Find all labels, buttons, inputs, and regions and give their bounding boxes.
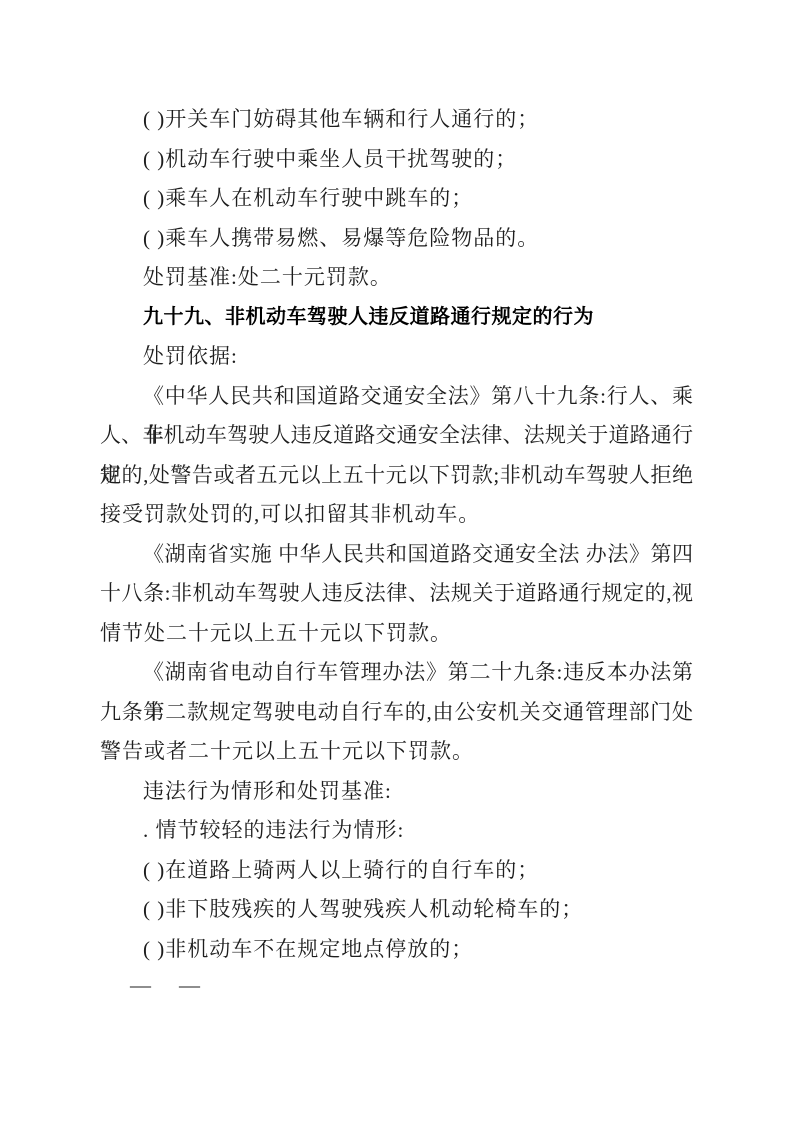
document-text-block: ( )开关车门妨碍其他车辆和行人通行的； ( )机动车行驶中乘坐人员干扰驾驶的；… (100, 100, 693, 969)
paragraph-line: 《湖南省实施 中华人民共和国道路交通安全法 办法》第四 (100, 535, 693, 575)
clause-line: ( )机动车行驶中乘坐人员干扰驾驶的； (100, 140, 693, 180)
violation-standard-label: 违法行为情形和处罚基准: (100, 772, 693, 812)
paragraph-line: 人、非机动车驾驶人违反道路交通安全法律、法规关于道路通行规 (100, 416, 693, 456)
penalty-basis-label: 处罚依据: (100, 337, 693, 377)
paragraph-line: 警告或者二十元以上五十元以下罚款。 (100, 732, 693, 772)
clause-line: ( )乘车人在机动车行驶中跳车的； (100, 179, 693, 219)
clause-line: ( )开关车门妨碍其他车辆和行人通行的； (100, 100, 693, 140)
document-page: ( )开关车门妨碍其他车辆和行人通行的； ( )机动车行驶中乘坐人员干扰驾驶的；… (0, 0, 793, 1122)
clause-line: ( )在道路上骑两人以上骑行的自行车的； (100, 851, 693, 891)
section-heading: 九十九、非机动车驾驶人违反道路通行规定的行为 (100, 298, 693, 338)
paragraph-line: 《湖南省电动自行车管理办法》第二十九条:违反本办法第十 (100, 653, 693, 693)
paragraph-line: 情节处二十元以上五十元以下罚款。 (100, 614, 693, 654)
page-number-dash: — (130, 973, 151, 997)
paragraph-line: 十八条:非机动车驾驶人违反法律、法规关于道路通行规定的,视 (100, 574, 693, 614)
list-intro-line: . 情节较轻的违法行为情形: (100, 811, 693, 851)
clause-line: ( )非机动车不在规定地点停放的； (100, 930, 693, 970)
page-number-dash: — (179, 973, 200, 997)
clause-line: ( )非下肢残疾的人驾驶残疾人机动轮椅车的； (100, 890, 693, 930)
paragraph-line: 九条第二款规定驾驶电动自行车的,由公安机关交通管理部门处 (100, 693, 693, 733)
paragraph-line: 《中华人民共和国道路交通安全法》第八十九条:行人、乘车 (100, 377, 693, 417)
page-number-area: — — (130, 973, 200, 997)
penalty-standard-line: 处罚基准:处二十元罚款。 (100, 258, 693, 298)
paragraph-line: 定的,处警告或者五元以上五十元以下罚款;非机动车驾驶人拒绝 (100, 456, 693, 496)
clause-line: ( )乘车人携带易燃、易爆等危险物品的。 (100, 219, 693, 259)
paragraph-line: 接受罚款处罚的,可以扣留其非机动车。 (100, 495, 693, 535)
